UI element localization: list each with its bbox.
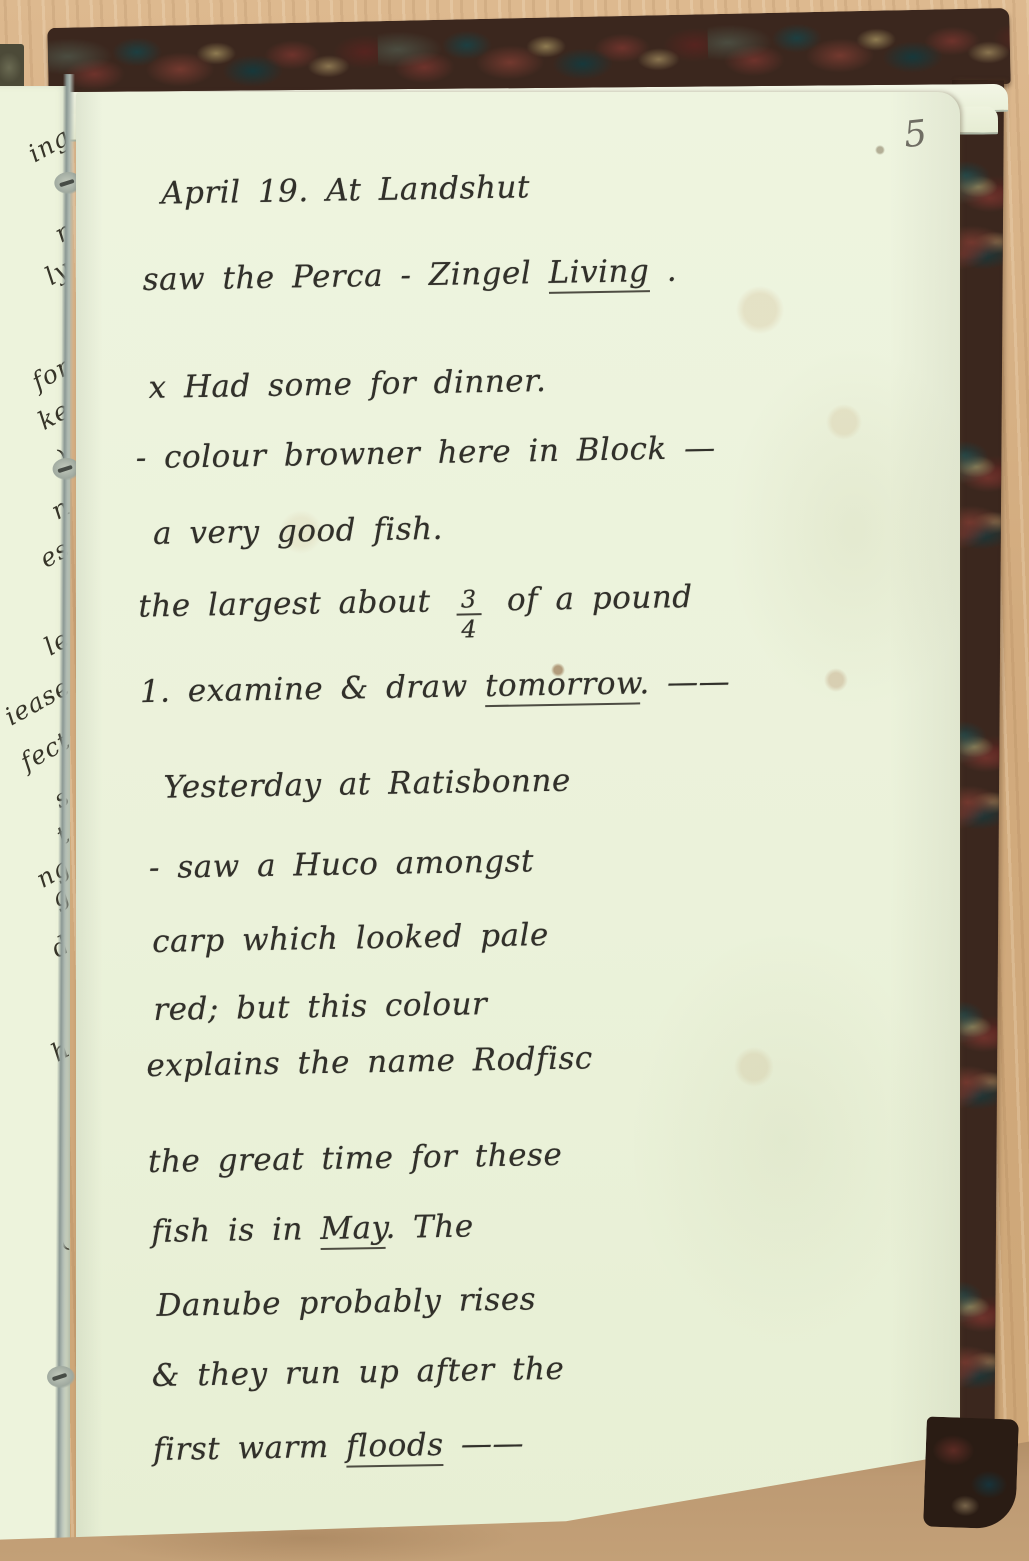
manuscript-line: Danube probably rises: [150, 1268, 851, 1332]
underlined-word: Living: [548, 253, 649, 294]
manuscript-line: first warm floods ——: [153, 1412, 854, 1476]
manuscript-line: April 19. At Landshut: [131, 156, 832, 220]
manuscript-text: x Had some for dinner.: [148, 363, 546, 406]
folio-page-number: 5: [902, 113, 929, 156]
manuscript-text: the largest about: [138, 583, 448, 624]
manuscript-line: the great time for these: [148, 1124, 849, 1188]
manuscript-line: - saw a Huco amongst: [143, 830, 844, 894]
manuscript-text: explains the name Rodfisc: [146, 1040, 593, 1084]
manuscript-line: fish is in May. The: [149, 1194, 850, 1258]
manuscript-text: 1. examine & draw: [140, 668, 486, 710]
stacked-fraction: 34: [456, 586, 483, 642]
manuscript-line: Yesterday at Ratisbonne: [141, 750, 842, 814]
binding-stitch: [47, 1366, 75, 1388]
manuscript-line: explains the name Rodfisc: [146, 1028, 847, 1092]
photograph-of-notebook: { "document": { "kind": "handwritten nat…: [0, 0, 1029, 1561]
manuscript-line: & they run up after the: [151, 1338, 852, 1402]
manuscript-line: 1. examine & draw tomorrow. ——: [139, 654, 840, 718]
manuscript-text: . The: [385, 1208, 474, 1246]
book-cover-corner-bottom-right: [923, 1416, 1019, 1529]
manuscript-text: of a pound: [489, 579, 693, 619]
manuscript-line: the largest about 34 of a pound: [138, 568, 839, 632]
underlined-word: tomorrow: [485, 665, 640, 707]
manuscript-text: - saw a Huco amongst: [149, 843, 535, 886]
manuscript-text: first warm: [153, 1429, 347, 1468]
notebook-page: 5 April 19. At Landshutsaw the Perca - Z…: [76, 92, 960, 1548]
manuscript-text: Danube probably rises: [156, 1281, 536, 1324]
manuscript-text: .: [649, 253, 677, 289]
manuscript-line: carp which looked pale: [144, 904, 845, 968]
manuscript-line: - colour browner here in Block —: [135, 420, 836, 484]
manuscript-text: & they run up after the: [152, 1351, 565, 1394]
manuscript-text: ——: [443, 1426, 524, 1463]
manuscript-line: saw the Perca - Zingel Living .: [132, 242, 833, 306]
manuscript-text: fish is in: [151, 1211, 321, 1250]
manuscript-lines: April 19. At Landshutsaw the Perca - Zin…: [131, 144, 854, 1476]
manuscript-text: the great time for these: [148, 1137, 563, 1180]
manuscript-text: . ——: [639, 664, 730, 702]
manuscript-text: carp which looked pale: [152, 917, 549, 960]
manuscript-text: a very good fish.: [153, 511, 443, 552]
manuscript-text: Yesterday at Ratisbonne: [163, 763, 571, 806]
manuscript-line: x Had some for dinner.: [134, 350, 835, 414]
underlined-word: floods: [346, 1427, 444, 1468]
manuscript-text: saw the Perca - Zingel: [142, 255, 549, 298]
underlined-word: May: [320, 1210, 386, 1250]
manuscript-text: April 19. At Landshut: [161, 169, 530, 211]
manuscript-line: red; but this colour: [145, 972, 846, 1036]
manuscript-line: a very good fish.: [137, 496, 838, 560]
manuscript-text: - colour browner here in Block —: [135, 430, 715, 476]
manuscript-text: red; but this colour: [153, 986, 487, 1028]
